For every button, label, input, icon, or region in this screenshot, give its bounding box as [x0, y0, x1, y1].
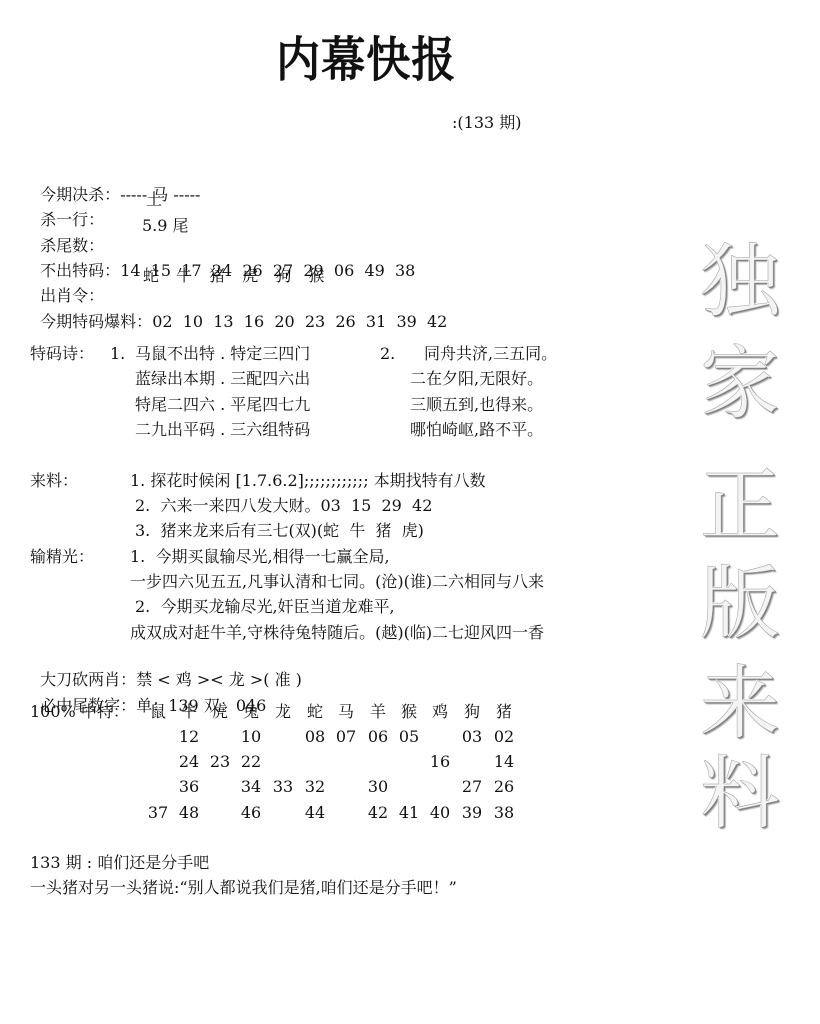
zodiac-number-cell: 48	[173, 803, 205, 823]
zodiac-number-cell: 05	[393, 727, 425, 747]
zodiac-header: 兔	[235, 702, 267, 722]
zodiac-header: 猪	[488, 702, 520, 722]
zodiac-number-cell: 27	[456, 777, 488, 797]
poem-part2-line: 哪怕崎岖,路不平。	[410, 420, 543, 440]
zodiac-table-label: 100% 中特：	[30, 702, 129, 722]
zodiac-header: 蛇	[299, 702, 331, 722]
poem-part1-line: 二九出平码 . 三六组特码	[135, 420, 310, 440]
source-item: 3. 猪来龙来后有三七(双)(蛇 牛 猪 虎)	[135, 521, 424, 541]
poem-part2-number: 2.	[380, 344, 395, 364]
zodiac-number-cell: 16	[424, 752, 456, 772]
lose-all-line: 一步四六见五五,凡事认清和七同。(沧)(谁)二六相同与八来	[130, 572, 544, 592]
poem-part2-line: 二在夕阳,无限好。	[410, 369, 543, 389]
zodiac-header: 牛	[173, 702, 205, 722]
zodiac-number-cell: 07	[330, 727, 362, 747]
zodiac-number-cell: 39	[456, 803, 488, 823]
zodiac-number-cell: 10	[235, 727, 267, 747]
hot-numbers-row: 今期特码爆料：02 10 13 16 20 23 26 31 39 42	[30, 292, 447, 332]
zodiac-number-cell: 40	[424, 803, 456, 823]
lose-all-line: 2. 今期买龙输尽光,奸臣当道龙难平,	[135, 597, 395, 617]
zodiac-number-cell: 34	[235, 777, 267, 797]
poem-label: 特码诗：	[30, 344, 94, 364]
lose-all-label: 输精光：	[30, 547, 94, 567]
hot-numbers-label: 今期特码爆料：	[40, 312, 152, 331]
watermark-char: 料	[690, 750, 790, 838]
zodiac-number-cell: 37	[142, 803, 174, 823]
zodiac-number-cell: 23	[204, 752, 236, 772]
zodiac-number-cell: 42	[362, 803, 394, 823]
zodiac-header: 虎	[204, 702, 236, 722]
poem-part1-line: 马鼠不出特 . 特定三四门	[135, 344, 310, 364]
zodiac-header: 马	[330, 702, 362, 722]
zodiac-number-cell: 41	[393, 803, 425, 823]
poem-part2-line: 同舟共济,三五同。	[424, 344, 557, 364]
zodiac-header: 鼠	[142, 702, 174, 722]
zodiac-number-cell: 02	[488, 727, 520, 747]
zodiac-header: 猴	[393, 702, 425, 722]
poem-part1-line: 特尾二四六 . 平尾四七九	[135, 395, 310, 415]
out-zodiacs-value: 蛇 牛 猪 虎 狗 猴	[143, 266, 330, 286]
footer-issue-title: 133 期 : 咱们还是分手吧	[30, 853, 209, 873]
source-item: 2. 六来一来四八发大财。03 15 29 42	[135, 496, 432, 516]
watermark-char: 家	[690, 340, 790, 428]
zodiac-number-cell: 32	[299, 777, 331, 797]
zodiac-header: 羊	[362, 702, 394, 722]
zodiac-number-cell: 30	[362, 777, 394, 797]
zodiac-number-cell: 14	[488, 752, 520, 772]
zodiac-number-cell: 36	[173, 777, 205, 797]
zodiac-number-cell: 24	[173, 752, 205, 772]
zodiac-number-cell: 22	[235, 752, 267, 772]
zodiac-number-cell: 26	[488, 777, 520, 797]
watermark-char: 正	[690, 462, 790, 550]
zodiac-header: 龙	[267, 702, 299, 722]
footer-joke: 一头猪对另一头猪说:“别人都说我们是猪,咱们还是分手吧！”	[30, 878, 457, 898]
lose-all-line: 1. 今期买鼠输尽光,相得一七赢全局,	[130, 547, 390, 567]
poem-part1-number: 1.	[110, 344, 125, 364]
issue-number: :(133 期)	[452, 113, 522, 133]
zodiac-number-cell: 12	[173, 727, 205, 747]
source-item: 1. 探花时候闲 [1.7.6.2];;;;;;;;;;;; 本期找特有八数	[130, 471, 486, 491]
zodiac-number-cell: 46	[235, 803, 267, 823]
kill-element-value: 土	[146, 190, 162, 210]
zodiac-header: 鸡	[424, 702, 456, 722]
zodiac-number-cell: 06	[362, 727, 394, 747]
source-label: 来料：	[30, 471, 78, 491]
watermark-char: 独	[690, 238, 790, 326]
kill-tail-value: 5.9 尾	[142, 216, 189, 236]
poem-part2-line: 三顺五到,也得来。	[410, 395, 543, 415]
watermark-char: 来	[690, 660, 790, 748]
zodiac-number-cell: 38	[488, 803, 520, 823]
poem-part1-line: 蓝绿出本期 . 三配四六出	[135, 369, 310, 389]
watermark-char: 版	[690, 560, 790, 648]
zodiac-number-cell: 03	[456, 727, 488, 747]
zodiac-number-cell: 08	[299, 727, 331, 747]
lose-all-line: 成双成对赶牛羊,守株待兔特随后。(越)(临)二七迎风四一香	[130, 623, 544, 643]
hot-numbers-value: 02 10 13 16 20 23 26 31 39 42	[152, 312, 447, 331]
zodiac-number-cell: 33	[267, 777, 299, 797]
zodiac-number-cell: 44	[299, 803, 331, 823]
page-title: 内幕快报	[276, 30, 456, 90]
zodiac-header: 狗	[456, 702, 488, 722]
